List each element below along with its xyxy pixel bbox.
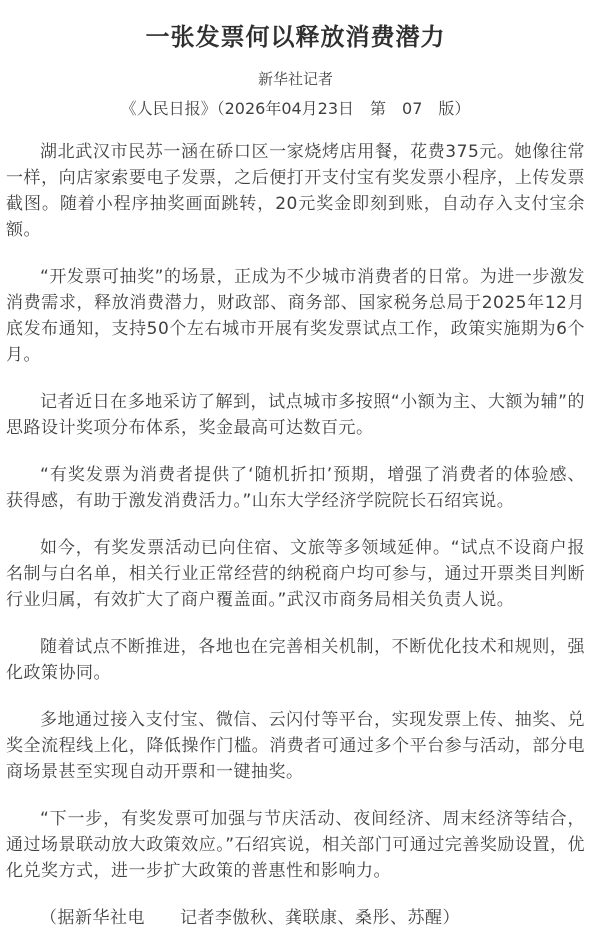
article-title: 一张发票何以释放消费潜力 [6, 0, 585, 52]
paragraph: “下一步，有奖发票可加强与节庆活动、夜间经济、周末经济等结合，通过场景联动放大政… [6, 806, 585, 884]
article: 一张发票何以释放消费潜力 新华社记者 《人民日报》（2026年04月23日 第 … [0, 0, 591, 951]
paragraph: 记者近日在多地采访了解到，试点城市多按照“小额为主、大额为辅”的思路设计奖项分布… [6, 389, 585, 441]
paragraph: 随着试点不断推进，各地也在完善相关机制，不断优化技术和规则，强化政策协同。 [6, 634, 585, 686]
article-paragraphs: 湖北武汉市民苏一涵在硚口区一家烧烤店用餐，花费375元。她像往常一样，向店家索要… [6, 139, 585, 884]
paragraph: “有奖发票为消费者提供了‘随机折扣’预期，增强了消费者的体验感、获得感，有助于激… [6, 462, 585, 514]
article-byline: 新华社记者 [6, 70, 585, 88]
article-source-line: 《人民日报》（2026年04月23日 第 07 版） [6, 99, 585, 118]
paragraph: 湖北武汉市民苏一涵在硚口区一家烧烤店用餐，花费375元。她像往常一样，向店家索要… [6, 139, 585, 243]
paragraph: 多地通过接入支付宝、微信、云闪付等平台，实现发票上传、抽奖、兑奖全流程线上化，降… [6, 707, 585, 785]
article-credit-line: （据新华社电 记者李傲秋、龚联康、桑彤、苏醒） [6, 905, 585, 931]
paragraph: “开发票可抽奖”的场景，正成为不少城市消费者的日常。为进一步激发消费需求，释放消… [6, 264, 585, 368]
paragraph: 如今，有奖发票活动已向住宿、文旅等多领域延伸。“试点不设商户报名制与白名单，相关… [6, 535, 585, 613]
